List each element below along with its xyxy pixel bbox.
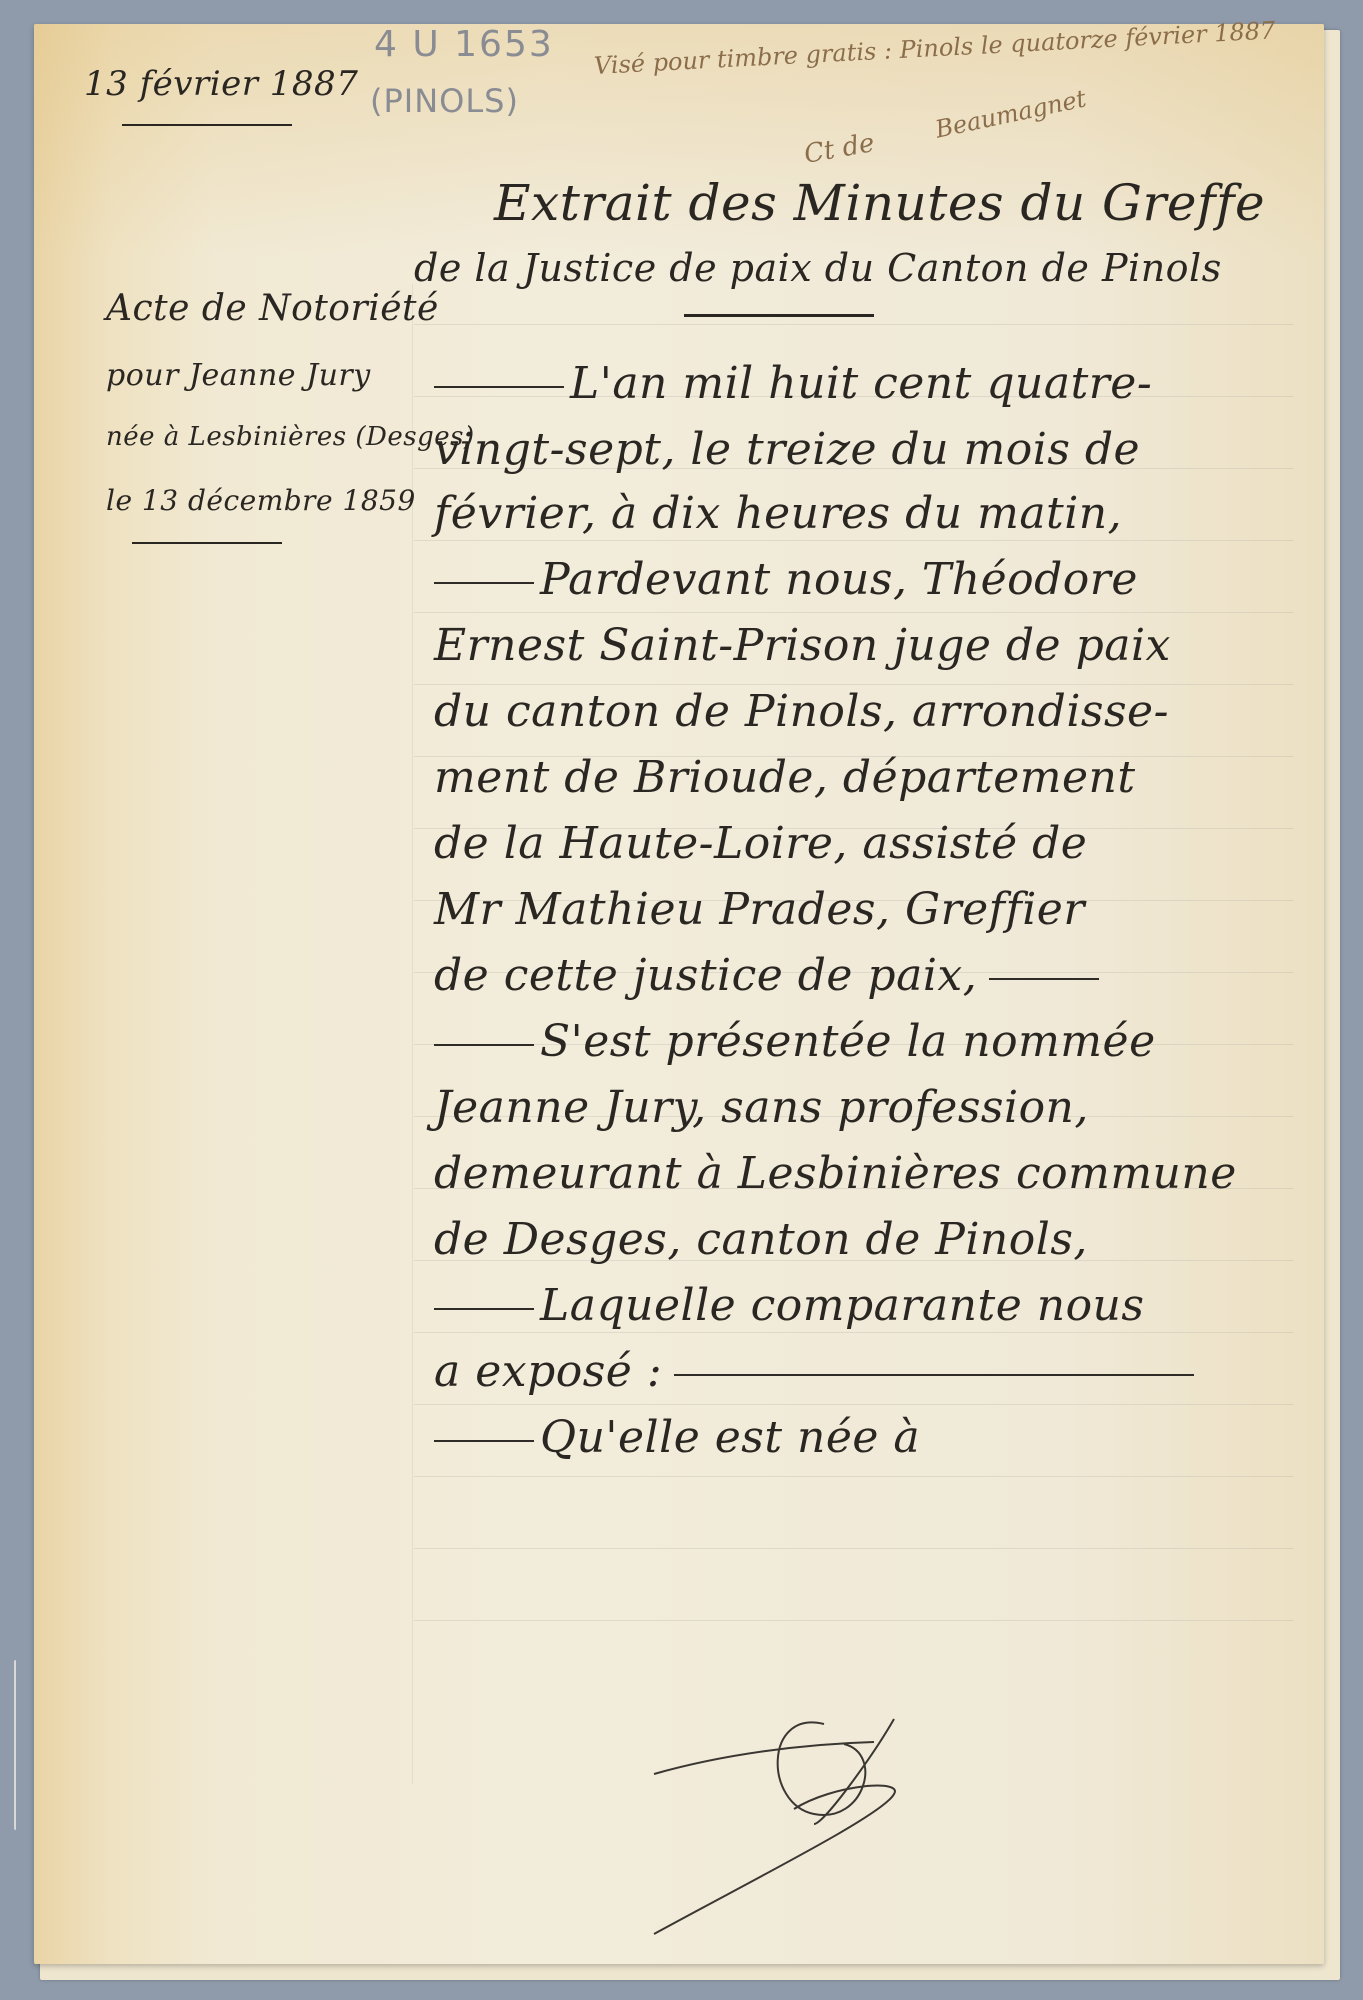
ruling-line (414, 612, 1294, 613)
ruling-line (414, 1404, 1294, 1405)
body-line: Laquelle comparante nous (434, 1280, 1144, 1331)
body-line: de Desges, canton de Pinols, (434, 1214, 1088, 1265)
body-line: du canton de Pinols, arrondisse- (434, 686, 1169, 737)
document-page: 13 février 1887 4 U 1653 (PINOLS) Visé p… (34, 24, 1324, 1964)
body-line: Pardevant nous, Théodore (434, 554, 1138, 605)
ruling-line (414, 1548, 1294, 1549)
ruling-line (414, 684, 1294, 685)
body-line: de cette justice de paix, (434, 950, 1105, 1001)
visa-note: Visé pour timbre gratis : Pinols le quat… (593, 16, 1276, 80)
archive-place: (PINOLS) (370, 82, 519, 120)
leader-dash (434, 1440, 534, 1442)
ruling-line (414, 1620, 1294, 1621)
paraph-flourish-icon (644, 1714, 964, 1944)
date-top-left: 13 février 1887 (84, 64, 358, 104)
body-line: Mr Mathieu Prades, Greffier (434, 884, 1085, 935)
body-line: ment de Brioude, département (434, 752, 1136, 803)
date-underline (122, 124, 292, 126)
visa-signature: Beaumagnet (933, 84, 1089, 143)
leader-dash (434, 386, 564, 388)
body-line: S'est présentée la nommée (434, 1016, 1156, 1067)
trailing-dash (989, 978, 1099, 980)
ruling-line (414, 1476, 1294, 1477)
archive-reference: 4 U 1653 (374, 24, 554, 65)
ruling-line (414, 1332, 1294, 1333)
title-underline (684, 314, 874, 317)
body-line: a exposé : (434, 1346, 1200, 1397)
margin-note-line-4: le 13 décembre 1859 (106, 484, 416, 517)
body-line: de la Haute-Loire, assisté de (434, 818, 1087, 869)
leader-dash (434, 1044, 534, 1046)
binding-thread (14, 1660, 20, 1830)
body-line: Qu'elle est née à (434, 1412, 920, 1463)
margin-note-line-1: Acte de Notoriété (106, 288, 439, 329)
ruling-line (414, 324, 1294, 325)
margin-note-line-2: pour Jeanne Jury (106, 358, 371, 393)
title-line-1: Extrait des Minutes du Greffe (494, 174, 1265, 232)
leader-dash (434, 582, 534, 584)
body-line: L'an mil huit cent quatre- (434, 358, 1152, 409)
body-line: demeurant à Lesbinières commune (434, 1148, 1237, 1199)
title-line-2: de la Justice de paix du Canton de Pinol… (414, 246, 1222, 290)
body-line: Ernest Saint-Prison juge de paix (434, 620, 1171, 671)
visa-initials: Ct de (802, 128, 877, 170)
body-line: vingt-sept, le treize du mois de (434, 424, 1140, 475)
body-line: Jeanne Jury, sans profession, (434, 1082, 1089, 1133)
margin-note-underline (132, 542, 282, 544)
leader-dash (434, 1308, 534, 1310)
margin-note-line-3: née à Lesbinières (Desges) (106, 422, 475, 452)
ruling-line (414, 540, 1294, 541)
trailing-dash (674, 1374, 1194, 1376)
body-line: février, à dix heures du matin, (434, 488, 1122, 539)
